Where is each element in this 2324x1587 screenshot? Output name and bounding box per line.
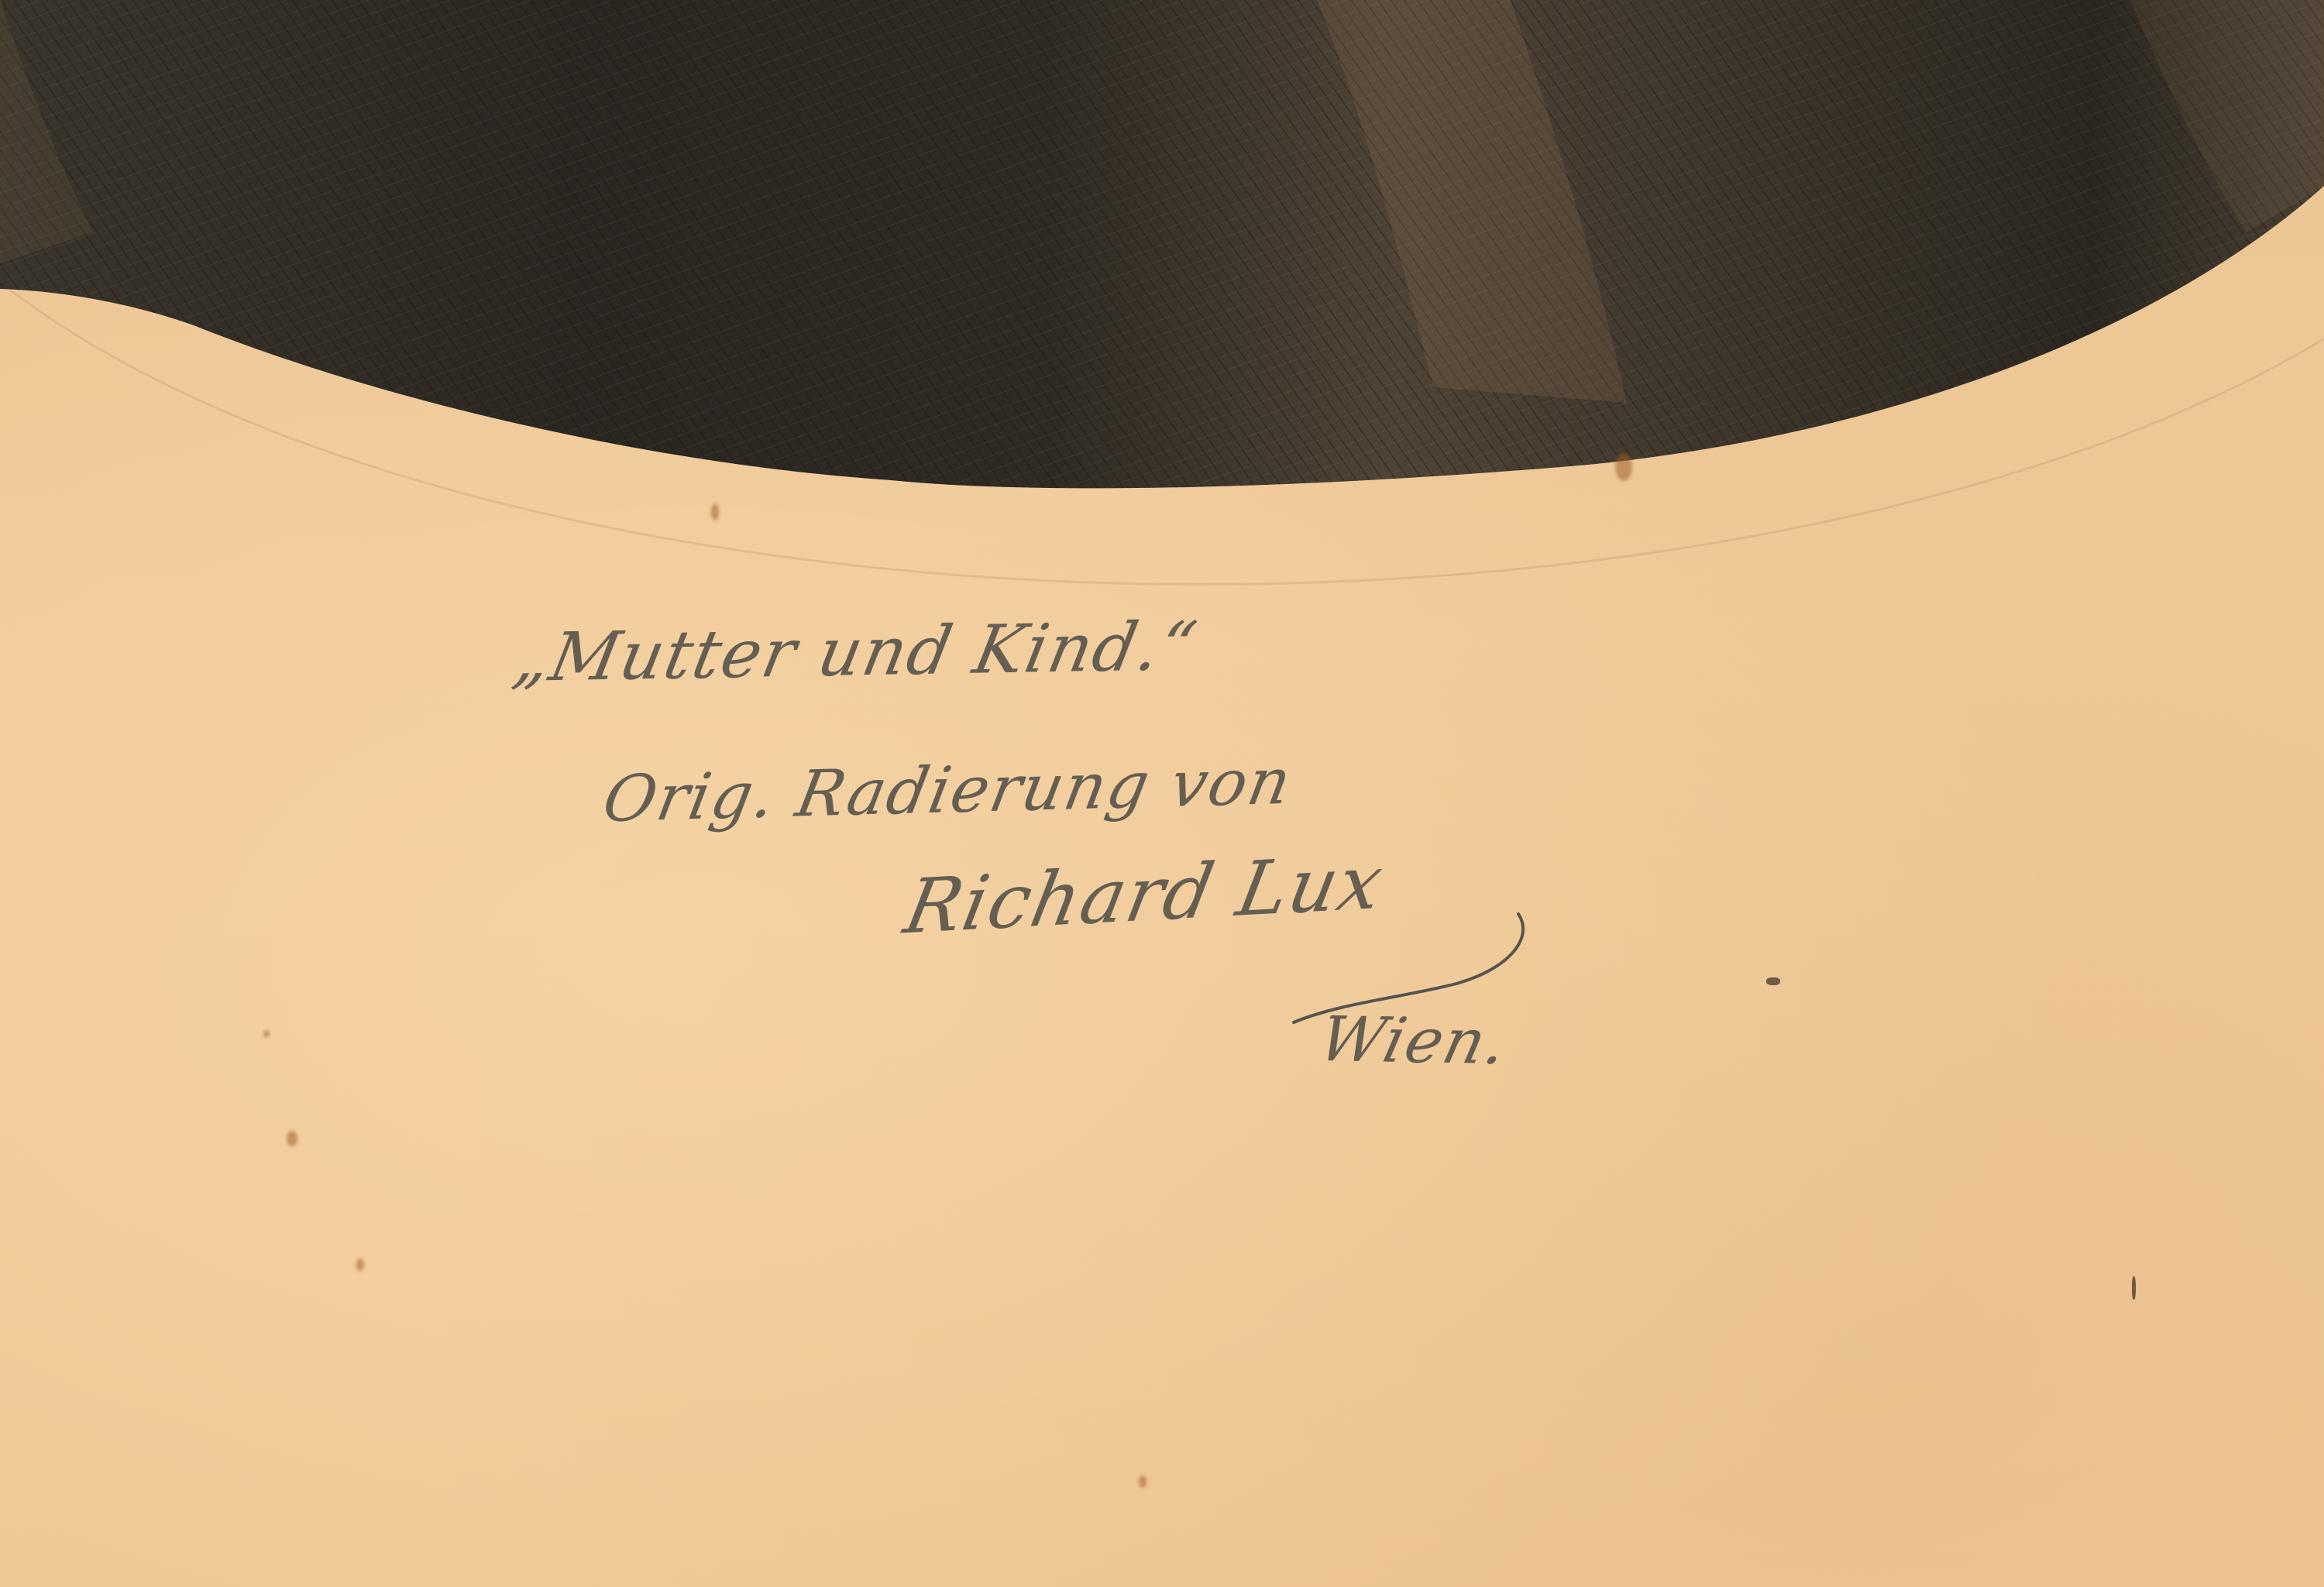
paper-speck: [2132, 1276, 2136, 1300]
foxing-spot: [1615, 453, 1632, 481]
foxing-spot: [711, 503, 719, 520]
paper-speck: [1766, 977, 1780, 985]
foxing-spot: [263, 1030, 270, 1038]
inscription-city: Wien.: [1312, 1003, 1515, 1078]
inscription-title: „Mutter und Kind.“: [507, 607, 1203, 697]
foxing-spot: [356, 1259, 364, 1271]
foxing-spot: [1139, 1475, 1147, 1488]
etched-image-lower-portion: [0, 0, 2324, 542]
foxing-spot: [287, 1131, 297, 1146]
